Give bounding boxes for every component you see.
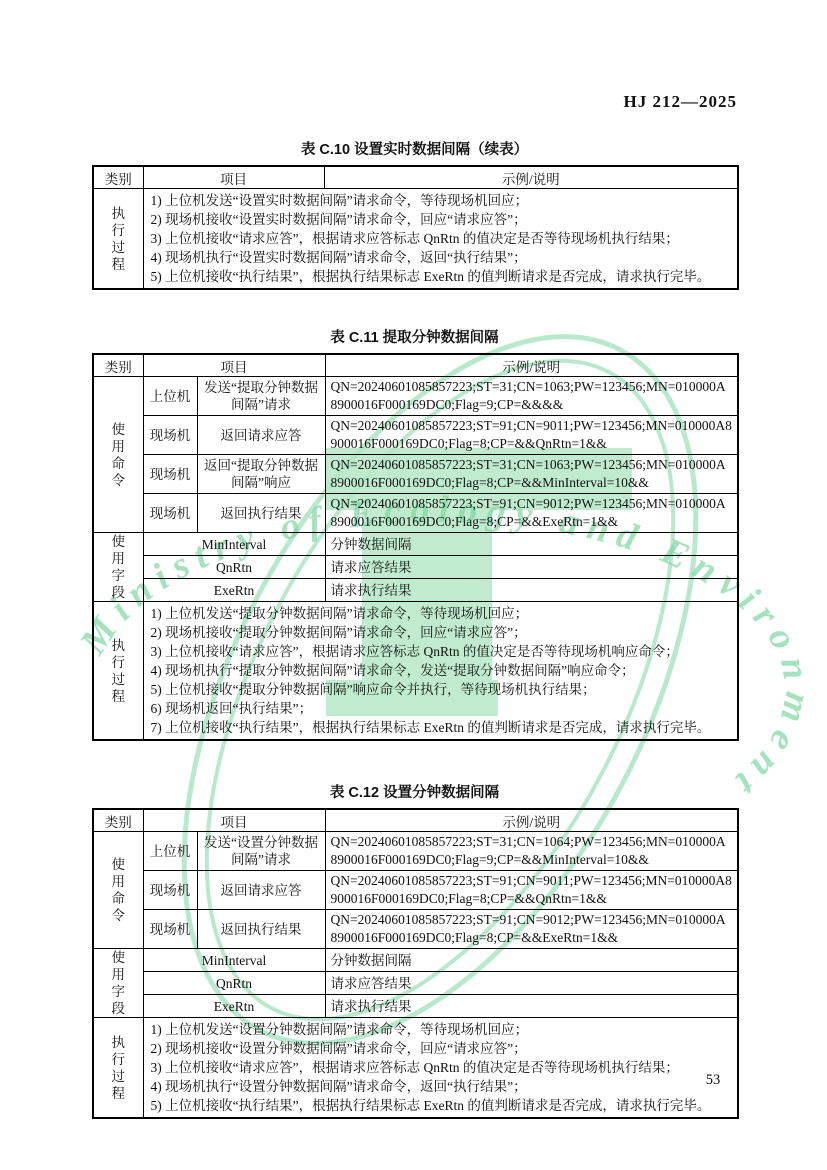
process-step: 1) 上位机发送“提取分钟数据间隔”请求命令，等待现场机回应； bbox=[151, 604, 731, 623]
c12-header-item: 项目 bbox=[143, 809, 325, 832]
process-step: 4) 现场机执行“设置实时数据间隔”请求命令，返回“执行结果”； bbox=[151, 248, 731, 267]
c11-field-label: 使用字段 bbox=[93, 533, 143, 602]
c12-process-row: 执行过程 1) 上位机发送“设置分钟数据间隔”请求命令，等待现场机回应； 2) … bbox=[93, 1018, 738, 1119]
item-cell: 返回执行结果 bbox=[197, 494, 325, 533]
c11-command-row: 使用命令 上位机 发送“提取分钟数据间隔”请求 QN=2024060108585… bbox=[93, 377, 738, 416]
c10-header-item: 项目 bbox=[143, 166, 324, 189]
c11-command-row: 现场机 返回执行结果 QN=20240601085857223;ST=91;CN… bbox=[93, 494, 738, 533]
c12-field-row: QnRtn 请求应答结果 bbox=[93, 972, 738, 995]
c12-process-steps: 1) 上位机发送“设置分钟数据间隔”请求命令，等待现场机回应； 2) 现场机接收… bbox=[143, 1018, 738, 1119]
field-desc-cell: 分钟数据间隔 bbox=[325, 949, 738, 972]
page-number: 53 bbox=[690, 1072, 736, 1089]
c11-header-item: 项目 bbox=[143, 354, 325, 377]
field-desc-cell: 分钟数据间隔 bbox=[325, 533, 738, 556]
item-cell: 返回请求应答 bbox=[197, 416, 325, 455]
process-step: 5) 上位机接收“执行结果”，根据执行结果标志 ExeRtn 的值判断请求是否完… bbox=[151, 267, 731, 286]
c11-process-label: 执行过程 bbox=[93, 602, 143, 741]
process-step: 6) 现场机返回“执行结果”； bbox=[151, 699, 731, 718]
device-cell: 现场机 bbox=[143, 416, 197, 455]
field-desc-cell: 请求应答结果 bbox=[325, 556, 738, 579]
c10-header-category: 类别 bbox=[93, 166, 143, 189]
item-cell: 返回请求应答 bbox=[197, 871, 325, 910]
process-step: 7) 上位机接收“执行结果”，根据执行结果标志 ExeRtn 的值判断请求是否完… bbox=[151, 718, 731, 737]
c12-command-row: 现场机 返回请求应答 QN=20240601085857223;ST=91;CN… bbox=[93, 871, 738, 910]
item-cell: 返回“提取分钟数据间隔”响应 bbox=[197, 455, 325, 494]
table-c11-header-row: 类别 项目 示例/说明 bbox=[93, 354, 738, 377]
process-step: 4) 现场机执行“设置分钟数据间隔”请求命令，返回“执行结果”； bbox=[151, 1077, 731, 1096]
table-c11-title: 表 C.11 提取分钟数据间隔 bbox=[92, 326, 737, 347]
c12-field-label: 使用字段 bbox=[93, 949, 143, 1018]
table-c10-title: 表 C.10 设置实时数据间隔（续表） bbox=[92, 138, 737, 159]
c11-header-category: 类别 bbox=[93, 354, 143, 377]
c11-command-row: 现场机 返回“提取分钟数据间隔”响应 QN=20240601085857223;… bbox=[93, 455, 738, 494]
example-cell: QN=20240601085857223;ST=31;CN=1063;PW=12… bbox=[325, 377, 738, 416]
field-name-cell: QnRtn bbox=[143, 972, 325, 995]
c11-command-row: 现场机 返回请求应答 QN=20240601085857223;ST=91;CN… bbox=[93, 416, 738, 455]
example-cell: QN=20240601085857223;ST=91;CN=9011;PW=12… bbox=[325, 871, 738, 910]
c11-header-example: 示例/说明 bbox=[325, 354, 738, 377]
field-name-cell: ExeRtn bbox=[143, 579, 325, 602]
table-c10-header-row: 类别 项目 示例/说明 bbox=[93, 166, 738, 189]
example-cell: QN=20240601085857223;ST=91;CN=9011;PW=12… bbox=[325, 416, 738, 455]
process-step: 3) 上位机接收“请求应答”，根据请求应答标志 QnRtn 的值决定是否等待现场… bbox=[151, 642, 731, 661]
field-name-cell: QnRtn bbox=[143, 556, 325, 579]
c12-command-row: 现场机 返回执行结果 QN=20240601085857223;ST=91;CN… bbox=[93, 910, 738, 949]
table-c11: 类别 项目 示例/说明 使用命令 上位机 发送“提取分钟数据间隔”请求 QN=2… bbox=[92, 353, 739, 741]
c12-header-category: 类别 bbox=[93, 809, 143, 832]
c12-command-row: 使用命令 上位机 发送“设置分钟数据间隔”请求 QN=2024060108585… bbox=[93, 832, 738, 871]
c11-command-label: 使用命令 bbox=[93, 377, 143, 533]
c12-header-example: 示例/说明 bbox=[325, 809, 738, 832]
field-desc-cell: 请求应答结果 bbox=[325, 972, 738, 995]
process-step: 1) 上位机发送“设置实时数据间隔”请求命令，等待现场机回应； bbox=[151, 191, 731, 210]
example-cell: QN=20240601085857223;ST=91;CN=9012;PW=12… bbox=[325, 910, 738, 949]
device-cell: 上位机 bbox=[143, 832, 197, 871]
device-cell: 现场机 bbox=[143, 455, 197, 494]
process-step: 3) 上位机接收“请求应答”，根据请求应答标志 QnRtn 的值决定是否等待现场… bbox=[151, 229, 731, 248]
process-step: 3) 上位机接收“请求应答”，根据请求应答标志 QnRtn 的值决定是否等待现场… bbox=[151, 1058, 731, 1077]
example-cell: QN=20240601085857223;ST=31;CN=1063;PW=12… bbox=[325, 455, 738, 494]
field-desc-cell: 请求执行结果 bbox=[325, 995, 738, 1018]
process-step: 4) 现场机执行“提取分钟数据间隔”请求命令，发送“提取分钟数据间隔”响应命令； bbox=[151, 661, 731, 680]
c12-field-row: ExeRtn 请求执行结果 bbox=[93, 995, 738, 1018]
process-step: 5) 上位机接收“提取分钟数据间隔”响应命令并执行，等待现场机执行结果； bbox=[151, 680, 731, 699]
c10-process-row: 执行过程 1) 上位机发送“设置实时数据间隔”请求命令，等待现场机回应； 2) … bbox=[93, 189, 738, 290]
table-c12: 类别 项目 示例/说明 使用命令 上位机 发送“设置分钟数据间隔”请求 QN=2… bbox=[92, 808, 739, 1119]
table-c10: 类别 项目 示例/说明 执行过程 1) 上位机发送“设置实时数据间隔”请求命令，… bbox=[92, 165, 739, 290]
c10-process-steps: 1) 上位机发送“设置实时数据间隔”请求命令，等待现场机回应； 2) 现场机接收… bbox=[143, 189, 738, 290]
doc-code: HJ 212—2025 bbox=[92, 92, 737, 112]
device-cell: 现场机 bbox=[143, 910, 197, 949]
field-name-cell: MinInterval bbox=[143, 949, 325, 972]
process-step: 5) 上位机接收“执行结果”，根据执行结果标志 ExeRtn 的值判断请求是否完… bbox=[151, 1096, 731, 1115]
table-c12-header-row: 类别 项目 示例/说明 bbox=[93, 809, 738, 832]
device-cell: 上位机 bbox=[143, 377, 197, 416]
process-step: 2) 现场机接收“设置分钟数据间隔”请求命令，回应“请求应答”； bbox=[151, 1039, 731, 1058]
device-cell: 现场机 bbox=[143, 494, 197, 533]
example-cell: QN=20240601085857223;ST=91;CN=9012;PW=12… bbox=[325, 494, 738, 533]
c11-process-steps: 1) 上位机发送“提取分钟数据间隔”请求命令，等待现场机回应； 2) 现场机接收… bbox=[143, 602, 738, 741]
c12-process-label: 执行过程 bbox=[93, 1018, 143, 1119]
item-cell: 返回执行结果 bbox=[197, 910, 325, 949]
process-step: 1) 上位机发送“设置分钟数据间隔”请求命令，等待现场机回应； bbox=[151, 1020, 731, 1039]
example-cell: QN=20240601085857223;ST=31;CN=1064;PW=12… bbox=[325, 832, 738, 871]
c11-field-row: QnRtn 请求应答结果 bbox=[93, 556, 738, 579]
c11-process-row: 执行过程 1) 上位机发送“提取分钟数据间隔”请求命令，等待现场机回应； 2) … bbox=[93, 602, 738, 741]
c12-command-label: 使用命令 bbox=[93, 832, 143, 949]
item-cell: 发送“提取分钟数据间隔”请求 bbox=[197, 377, 325, 416]
c12-field-row: 使用字段 MinInterval 分钟数据间隔 bbox=[93, 949, 738, 972]
item-cell: 发送“设置分钟数据间隔”请求 bbox=[197, 832, 325, 871]
process-step: 2) 现场机接收“设置实时数据间隔”请求命令，回应“请求应答”； bbox=[151, 210, 731, 229]
table-c12-title: 表 C.12 设置分钟数据间隔 bbox=[92, 781, 737, 802]
document-page: HJ 212—2025 表 C.10 设置实时数据间隔（续表） 类别 项目 示例… bbox=[92, 0, 737, 1119]
process-step: 2) 现场机接收“提取分钟数据间隔”请求命令，回应“请求应答”； bbox=[151, 623, 731, 642]
c10-process-label: 执行过程 bbox=[93, 189, 143, 290]
c10-header-example: 示例/说明 bbox=[324, 166, 738, 189]
device-cell: 现场机 bbox=[143, 871, 197, 910]
field-name-cell: MinInterval bbox=[143, 533, 325, 556]
c11-field-row: ExeRtn 请求执行结果 bbox=[93, 579, 738, 602]
field-desc-cell: 请求执行结果 bbox=[325, 579, 738, 602]
field-name-cell: ExeRtn bbox=[143, 995, 325, 1018]
c11-field-row: 使用字段 MinInterval 分钟数据间隔 bbox=[93, 533, 738, 556]
